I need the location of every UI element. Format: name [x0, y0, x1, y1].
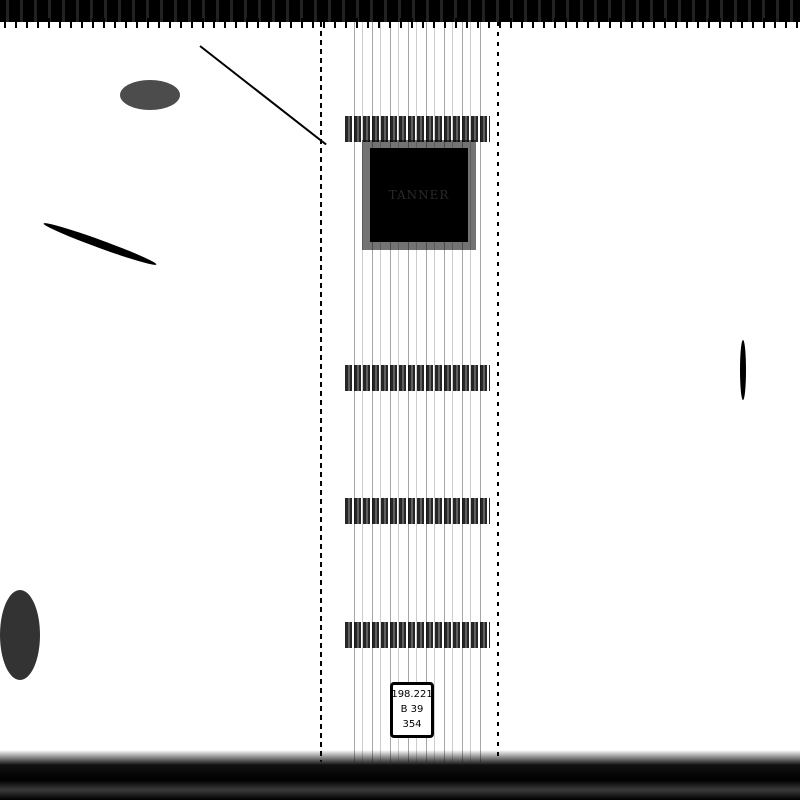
call-number-line1: 198.221: [391, 690, 432, 700]
bottom-edge-wear: [0, 750, 800, 800]
stain: [0, 590, 40, 680]
top-edge-wear: [0, 0, 800, 22]
spine-band: [345, 365, 490, 391]
stain: [740, 340, 746, 400]
right-hinge: [497, 22, 499, 762]
call-number-label: 198.221 B 39 354: [390, 682, 434, 738]
call-number-line2: B 39: [401, 705, 424, 715]
stain: [42, 220, 157, 269]
left-hinge: [320, 22, 322, 762]
spine-title: TANNER: [389, 188, 450, 202]
spine-band: [345, 116, 490, 142]
call-number-line3: 354: [402, 720, 421, 730]
book-binding-scan: TANNER 198.221 B 39 354: [0, 0, 800, 800]
spine-band: [345, 498, 490, 524]
stain: [120, 80, 180, 110]
spine-title-label: TANNER: [370, 148, 468, 242]
cover-crease: [199, 45, 326, 145]
spine-band: [345, 622, 490, 648]
